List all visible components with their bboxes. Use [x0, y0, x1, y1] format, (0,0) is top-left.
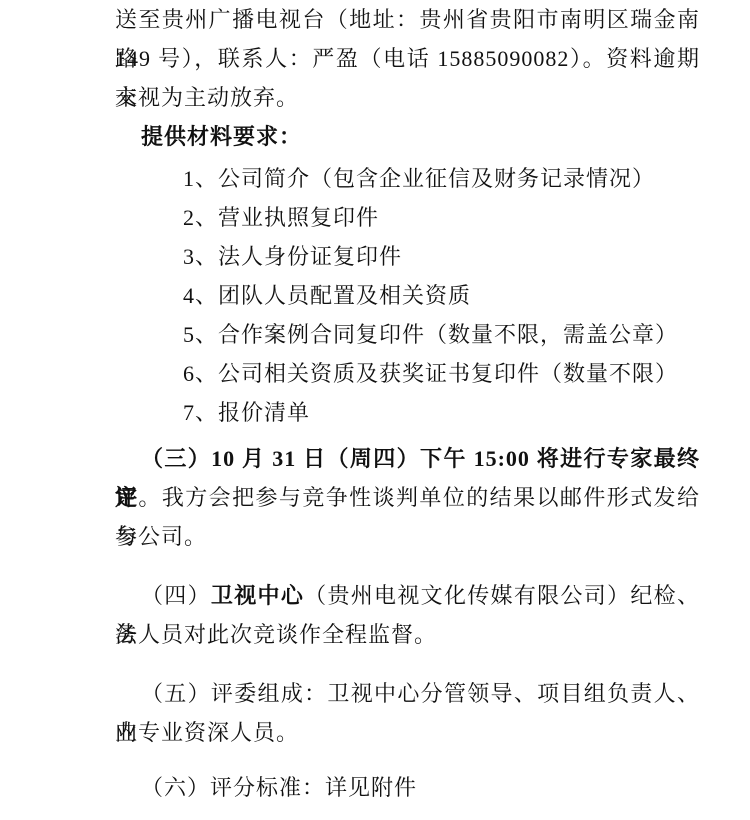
paragraph-final-evaluation: （三）10 月 31 日（周四）下午 15:00 将进行专家最终评 定。我方会把… [115, 439, 700, 556]
text-line: 内专业资深人员。 [115, 713, 700, 752]
paragraph-scoring-standard: （六）评分标准：详见附件 [115, 768, 700, 807]
text-line: （三）10 月 31 日（周四）下午 15:00 将进行专家最终评 [115, 439, 700, 478]
list-item: 2、营业执照复印件 [115, 198, 700, 237]
text-line: 149 号），联系人：严盈（电话 15885090082）。资料逾期未 [115, 39, 700, 78]
text-line: 送至贵州广播电视台（地址：贵州省贵阳市南明区瑞金南路 [115, 0, 700, 39]
section-heading: 提供材料要求： [115, 117, 700, 156]
text-line: 定。我方会把参与竞争性谈判单位的结果以邮件形式发给参 [115, 478, 700, 517]
list-item: 5、合作案例合同复印件（数量不限，需盖公章） [115, 315, 700, 354]
bold-run: 卫视中心 [211, 583, 304, 608]
materials-requirements-heading: 提供材料要求： [115, 117, 700, 156]
list-item: 6、公司相关资质及获奖证书复印件（数量不限） [115, 354, 700, 393]
text-line: 交视为主动放弃。 [115, 78, 700, 117]
materials-list: 1、公司简介（包含企业征信及财务记录情况） 2、营业执照复印件 3、法人身份证复… [115, 159, 700, 432]
paragraph-jury-composition: （五）评委组成：卫视中心分管领导、项目组负责人、业 内专业资深人员。 [115, 674, 700, 752]
bold-run: 定 [115, 485, 138, 510]
text-run: （四） [141, 583, 211, 608]
paragraph-supervision: （四）卫视中心（贵州电视文化传媒有限公司）纪检、法 务人员对此次竞谈作全程监督。 [115, 576, 700, 654]
text-line: （四）卫视中心（贵州电视文化传媒有限公司）纪检、法 [115, 576, 700, 615]
text-line: 与公司。 [115, 517, 700, 556]
list-item: 1、公司简介（包含企业征信及财务记录情况） [115, 159, 700, 198]
list-item: 4、团队人员配置及相关资质 [115, 276, 700, 315]
text-line: （六）评分标准：详见附件 [115, 768, 700, 807]
text-line: （五）评委组成：卫视中心分管领导、项目组负责人、业 [115, 674, 700, 713]
document-page: 送至贵州广播电视台（地址：贵州省贵阳市南明区瑞金南路 149 号），联系人：严盈… [0, 0, 750, 820]
list-item: 7、报价清单 [115, 393, 700, 432]
paragraph-contact-delivery: 送至贵州广播电视台（地址：贵州省贵阳市南明区瑞金南路 149 号），联系人：严盈… [115, 0, 700, 117]
text-line: 务人员对此次竞谈作全程监督。 [115, 615, 700, 654]
list-item: 3、法人身份证复印件 [115, 237, 700, 276]
